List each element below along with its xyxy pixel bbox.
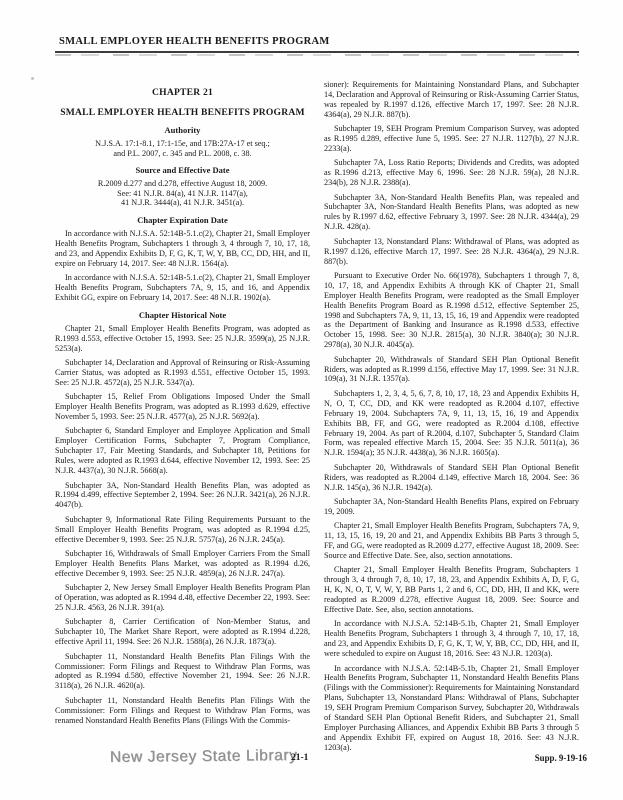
citation-line: and P.L. 2007, c. 345 and P.L. 2008, c. … [55,149,310,159]
scan-speck [31,77,34,80]
body-paragraph: Subchapter 14, Declaration and Approval … [55,358,310,388]
source-effective-date-heading: Source and Effective Date [55,165,310,175]
body-paragraph: Subchapter 3A, Non-Standard Health Benef… [55,481,310,511]
header-rule [55,51,579,53]
body-paragraph: sioner): Requirements for Maintaining No… [324,80,579,120]
authority-heading: Authority [55,125,310,135]
page-number: 21-1 [291,753,308,763]
left-column: CHAPTER 21 SMALL EMPLOYER HEALTH BENEFIT… [55,80,310,757]
page-footer: New Jersey State Library 21-1 Supp. 9-19… [0,746,623,772]
body-paragraph: Chapter 21, Small Employer Health Benefi… [324,521,579,561]
body-paragraph: Subchapter 2, New Jersey Small Employer … [55,583,310,613]
body-paragraph: Subchapter 7A, Loss Ratio Reports; Divid… [324,158,579,188]
body-paragraph: Subchapter 13, Nonstandard Plans: Withdr… [324,237,579,267]
body-paragraph: In accordance with N.J.S.A. 52:14B-5.1b,… [324,619,579,659]
body-paragraph: Subchapter 11, Nonstandard Health Benefi… [55,652,310,692]
chapter-title-heading: SMALL EMPLOYER HEALTH BENEFITS PROGRAM [55,107,310,118]
body-paragraph: Subchapter 6, Standard Employer and Empl… [55,426,310,476]
body-paragraph: In accordance with N.J.S.A. 52:14B-5.1b,… [324,664,579,753]
header-rule-smudge [55,54,579,56]
body-paragraph: Subchapter 15, Relief From Obligations I… [55,392,310,422]
citation-line: N.J.S.A. 17:1-8.1, 17:1-15e, and 17B:27A… [55,139,310,149]
library-stamp: New Jersey State Library [110,747,298,767]
body-paragraph: In accordance with N.J.S.A. 52:14B-5.1.c… [55,273,310,303]
body-paragraph: Chapter 21, Small Employer Health Benefi… [55,324,310,354]
chapter-expiration-heading: Chapter Expiration Date [55,215,310,225]
source-citation: R.2009 d.277 and d.278, effective August… [55,179,310,208]
body-paragraph: In accordance with N.J.S.A. 52:14B-5.1.c… [55,229,310,269]
body-paragraph: Subchapter 19, SEH Program Premium Compa… [324,124,579,154]
two-column-body: CHAPTER 21 SMALL EMPLOYER HEALTH BENEFIT… [55,80,579,757]
authority-citation: N.J.S.A. 17:1-8.1, 17:1-15e, and 17B:27A… [55,139,310,158]
citation-line: 41 N.J.R. 3444(a), 41 N.J.R. 3451(a). [55,198,310,208]
right-column: sioner): Requirements for Maintaining No… [324,80,579,757]
chapter-historical-note-paragraphs: Chapter 21, Small Employer Health Benefi… [55,324,310,726]
body-paragraph: Subchapter 3A, Non-Standard Health Benef… [324,497,579,517]
supplement-date: Supp. 9-19-16 [535,753,587,763]
chapter-historical-note-heading: Chapter Historical Note [55,310,310,320]
chapter-number-heading: CHAPTER 21 [55,87,310,98]
body-paragraph: Pursuant to Executive Order No. 66(1978)… [324,271,579,350]
body-paragraph: Subchapter 11, Nonstandard Health Benefi… [55,696,310,726]
body-paragraph: Subchapter 20, Withdrawals of Standard S… [324,355,579,385]
chapter-expiration-paragraphs: In accordance with N.J.S.A. 52:14B-5.1.c… [55,229,310,303]
document-page: SMALL EMPLOYER HEALTH BENEFITS PROGRAM C… [0,0,623,800]
body-paragraph: Subchapter 8, Carrier Certification of N… [55,617,310,647]
right-column-paragraphs: sioner): Requirements for Maintaining No… [324,80,579,753]
body-paragraph: Subchapter 20, Withdrawals of Standard S… [324,463,579,493]
page-header: SMALL EMPLOYER HEALTH BENEFITS PROGRAM [55,36,579,56]
body-paragraph: Chapter 21, Small Employer Health Benefi… [324,565,579,615]
running-header-title: SMALL EMPLOYER HEALTH BENEFITS PROGRAM [55,36,579,47]
citation-line: See: 41 N.J.R. 84(a), 41 N.J.R. 1147(a), [55,189,310,199]
body-paragraph: Subchapter 9, Informational Rate Filing … [55,515,310,545]
body-paragraph: Subchapter 3A, Non-Standard Health Benef… [324,193,579,233]
body-paragraph: Subchapter 16, Withdrawals of Small Empl… [55,549,310,579]
citation-line: R.2009 d.277 and d.278, effective August… [55,179,310,189]
body-paragraph: Subchapters 1, 2, 3, 4, 5, 6, 7, 8, 10, … [324,389,579,458]
